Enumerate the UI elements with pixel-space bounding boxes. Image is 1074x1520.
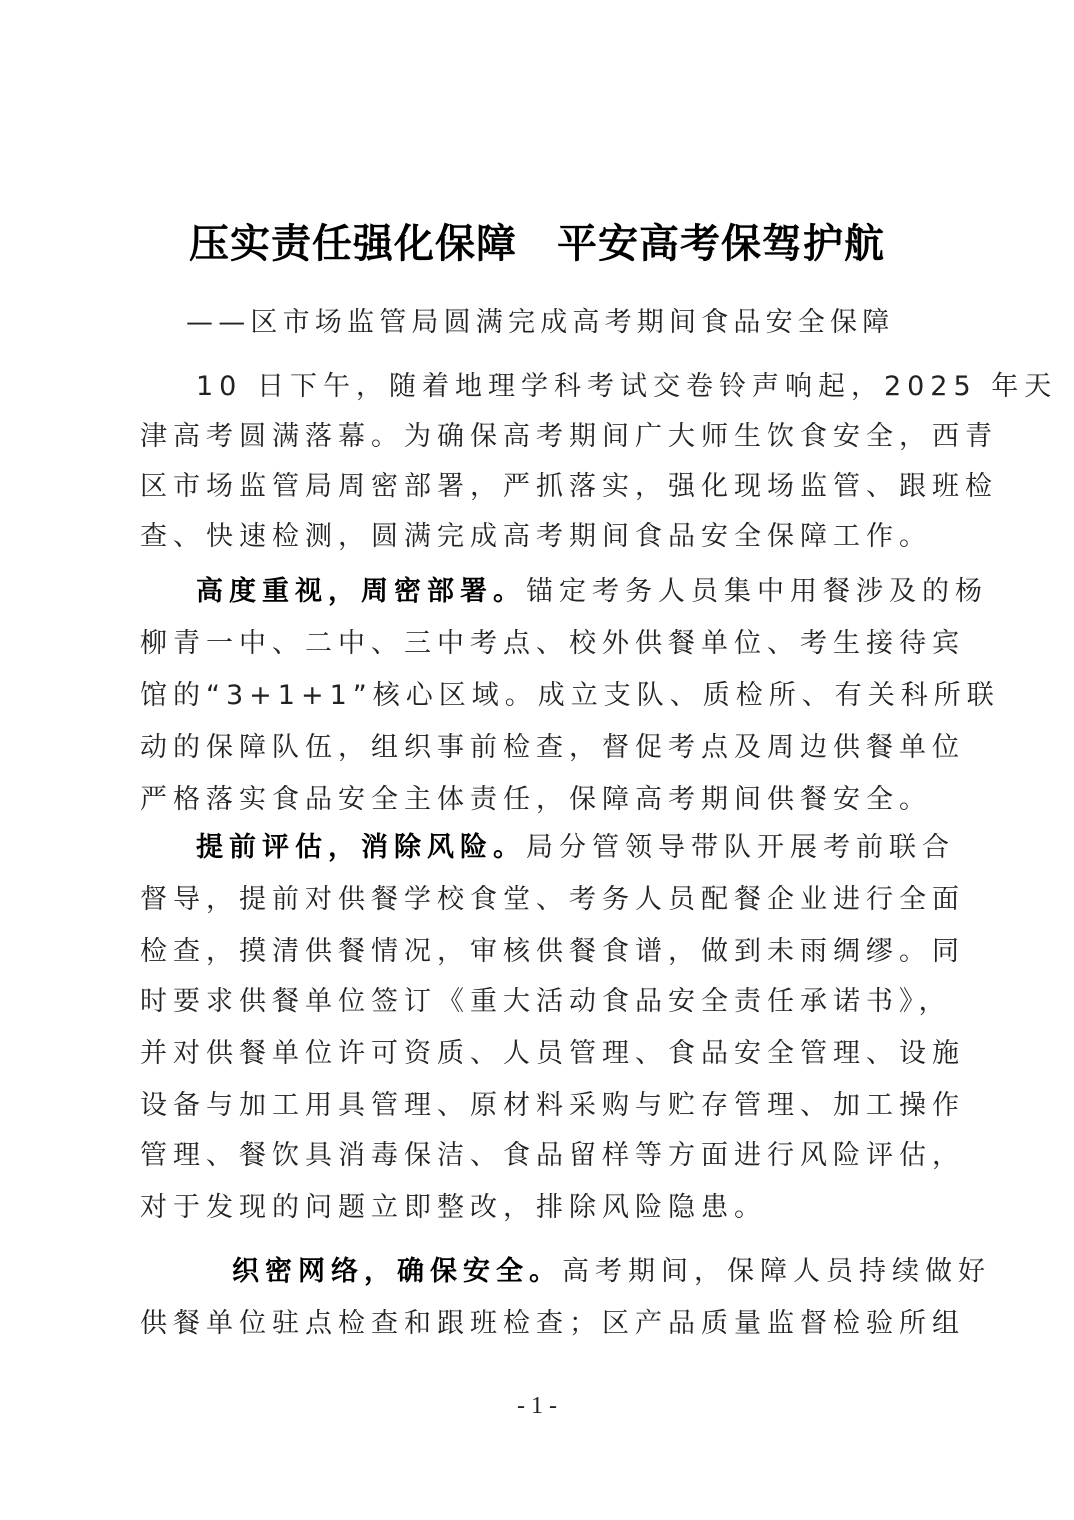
section-heading: 织密网络，确保安全。 (232, 1256, 562, 1287)
title-part-2: 平安高考保驾护航 (557, 220, 885, 267)
text-line: 管理、餐饮具消毒保洁、食品留样等方面进行风险评估， (140, 1136, 965, 1176)
title-part-1: 压实责任强化保障 (189, 220, 517, 267)
text-line: 供餐单位驻点检查和跟班检查；区产品质量监督检验所组 (140, 1304, 965, 1344)
text-line: 时要求供餐单位签订《重大活动食品安全责任承诺书》， (140, 982, 952, 1022)
text-line: 津高考圆满落幕。为确保高考期间广大师生饮食安全，西青 (140, 417, 998, 457)
text-line: 高度重视，周密部署。锚定考务人员集中用餐涉及的杨 (196, 572, 988, 612)
text-line: 查、快速检测，圆满完成高考期间食品安全保障工作。 (140, 517, 932, 557)
section-heading: 高度重视，周密部署。 (196, 576, 526, 607)
text-line: 严格落实食品安全主体责任，保障高考期间供餐安全。 (140, 780, 932, 820)
text-line: 并对供餐单位许可资质、人员管理、食品安全管理、设施 (140, 1034, 965, 1074)
text-line: 馆的“3+1+1”核心区域。成立支队、质检所、有关科所联 (140, 676, 1000, 716)
page-number: - 1 - (0, 1393, 1074, 1420)
document-title: 压实责任强化保障平安高考保驾护航 (0, 216, 1074, 272)
section-heading: 提前评估，消除风险。 (196, 832, 526, 863)
text-line: 区市场监管局周密部署，严抓落实，强化现场监管、跟班检 (140, 467, 998, 507)
text-line: 10 日下午，随着地理学科考试交卷铃声响起，2025 年天 (196, 367, 1057, 407)
text-line: 对于发现的问题立即整改，排除风险隐患。 (140, 1188, 767, 1228)
text-line: 动的保障队伍，组织事前检查，督促考点及周边供餐单位 (140, 728, 965, 768)
text-line: 检查，摸清供餐情况，审核供餐食谱，做到未雨绸缪。同 (140, 932, 965, 972)
text-span: 局分管领导带队开展考前联合 (526, 832, 955, 863)
text-line: 设备与加工用具管理、原材料采购与贮存管理、加工操作 (140, 1086, 965, 1126)
text-line: 提前评估，消除风险。局分管领导带队开展考前联合 (196, 828, 955, 868)
document-page: 压实责任强化保障平安高考保驾护航 ——区市场监管局圆满完成高考期间食品安全保障 … (0, 0, 1074, 1520)
text-span: 高考期间，保障人员持续做好 (562, 1256, 991, 1287)
text-span: 锚定考务人员集中用餐涉及的杨 (526, 576, 988, 607)
text-line: 督导，提前对供餐学校食堂、考务人员配餐企业进行全面 (140, 880, 965, 920)
text-line: 织密网络，确保安全。高考期间，保障人员持续做好 (232, 1252, 991, 1292)
text-line: 柳青一中、二中、三中考点、校外供餐单位、考生接待宾 (140, 624, 965, 664)
document-subtitle: ——区市场监管局圆满完成高考期间食品安全保障 (186, 303, 894, 343)
